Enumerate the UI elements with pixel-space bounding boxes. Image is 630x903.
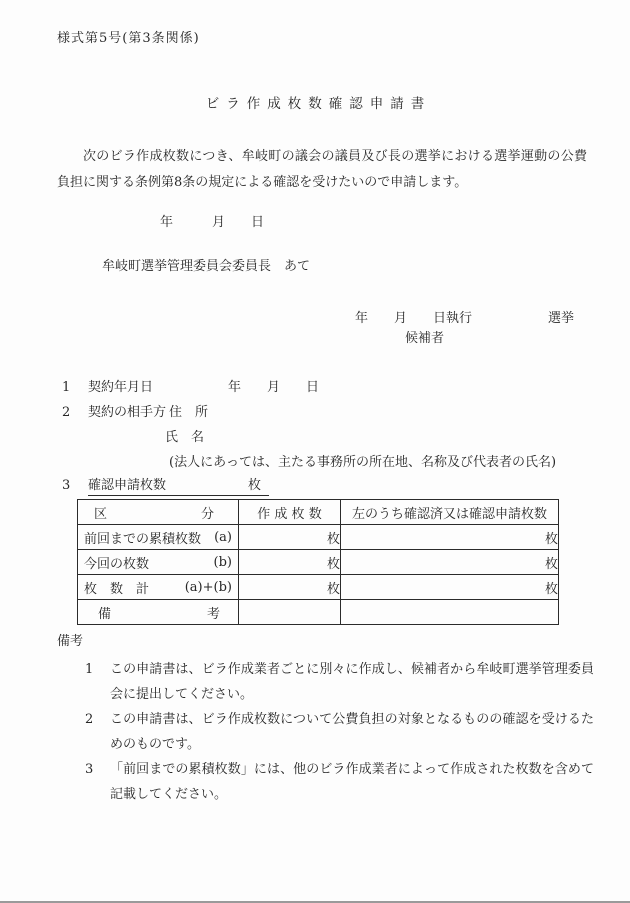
row-label: 今回の枚数 bbox=[84, 553, 149, 572]
item-number: 3 bbox=[62, 477, 88, 495]
note-text: 「前回までの累積枚数」には、他のビラ作成業者によって作成された枚数を含めて記載し… bbox=[110, 757, 594, 807]
note-number: 3 bbox=[85, 757, 110, 807]
row-code: (a) bbox=[214, 530, 232, 545]
row-code: (a)+(b) bbox=[185, 580, 232, 595]
row-label: 枚 数 計 bbox=[84, 578, 149, 597]
candidate-label: 候補者 bbox=[405, 329, 630, 349]
header-category-left: 区 bbox=[94, 503, 107, 522]
note-text: この申請書は、ビラ作成枚数について公費負担の対象となるものの確認を受けるためのも… bbox=[110, 707, 594, 757]
header-category-cell: 区 分 bbox=[78, 500, 239, 525]
row-label: 前回までの累積枚数 bbox=[84, 528, 201, 547]
form-number: 様式第5号(第3条関係) bbox=[57, 31, 630, 46]
header-category-right: 分 bbox=[201, 503, 214, 522]
page-title: ビラ作成枚数確認申請書 bbox=[57, 97, 630, 112]
contract-date-label: 契約年月日 bbox=[88, 380, 153, 395]
remarks-made-cell bbox=[239, 600, 341, 625]
row-code: (b) bbox=[214, 555, 232, 570]
row-label-cell: 枚 数 計 (a)+(b) bbox=[78, 575, 239, 600]
remarks-confirmed-cell bbox=[341, 600, 559, 625]
table-row-current: 今回の枚数 (b) 枚 枚 bbox=[78, 550, 559, 575]
confirmed-count-cell: 枚 bbox=[341, 575, 559, 600]
note-text: この申請書は、ビラ作成業者ごとに別々に作成し、候補者から牟岐町選挙管理委員会に提… bbox=[110, 657, 594, 707]
made-count-cell: 枚 bbox=[239, 525, 341, 550]
requested-count-unit: 枚 bbox=[248, 478, 261, 493]
table-header-row: 区 分 作 成 枚 数 左のうち確認済又は確認申請枚数 bbox=[78, 500, 559, 525]
contract-date-value: 年 月 日 bbox=[228, 380, 319, 395]
confirmed-count-cell: 枚 bbox=[341, 550, 559, 575]
item-contract-date: 1契約年月日年 月 日 bbox=[57, 379, 630, 397]
requested-count-field: 確認申請枚数枚 bbox=[88, 478, 269, 496]
row-label-cell: 今回の枚数 (b) bbox=[78, 550, 239, 575]
confirmed-count-cell: 枚 bbox=[341, 525, 559, 550]
party-name-label: 氏 名 bbox=[165, 429, 630, 447]
note-item-2: 2 この申請書は、ビラ作成枚数について公費負担の対象となるものの確認を受けるため… bbox=[57, 707, 630, 757]
note-item-1: 1 この申請書は、ビラ作成業者ごとに別々に作成し、候補者から牟岐町選挙管理委員会… bbox=[57, 657, 630, 707]
note-number: 1 bbox=[85, 657, 110, 707]
header-made-count-cell: 作 成 枚 数 bbox=[239, 500, 341, 525]
item-number: 2 bbox=[62, 404, 88, 422]
note-number: 2 bbox=[85, 707, 110, 757]
election-label: 選挙 bbox=[548, 309, 574, 329]
intro-paragraph: 次のビラ作成枚数につき、牟岐町の議会の議員及び長の選挙における選挙運動の公費負担… bbox=[57, 144, 630, 196]
election-name-blank bbox=[472, 309, 548, 329]
table-row-remarks: 備 考 bbox=[78, 600, 559, 625]
note-item-3: 3 「前回までの累積枚数」には、他のビラ作成業者によって作成された枚数を含めて記… bbox=[57, 757, 630, 807]
addressee-line: 牟岐町選挙管理委員会委員長 あて bbox=[102, 258, 630, 276]
election-info-block: 年 月 日執行 選挙 候補者 bbox=[57, 309, 630, 349]
remarks-label-right: 考 bbox=[207, 603, 220, 622]
application-date-line: 年 月 日 bbox=[160, 214, 630, 232]
item-contract-party: 2契約の相手方住 所 bbox=[57, 404, 630, 422]
document-page: 様式第5号(第3条関係) ビラ作成枚数確認申請書 次のビラ作成枚数につき、牟岐町… bbox=[0, 0, 630, 903]
count-table: 区 分 作 成 枚 数 左のうち確認済又は確認申請枚数 前回までの累積枚数 (a… bbox=[77, 499, 559, 625]
made-count-cell: 枚 bbox=[239, 550, 341, 575]
remarks-label-cell: 備 考 bbox=[78, 600, 239, 625]
item-requested-count: 3確認申請枚数枚 bbox=[57, 477, 630, 495]
election-exec-date-label: 年 月 日執行 bbox=[355, 309, 472, 329]
corporation-note: (法人にあっては、主たる事務所の所在地、名称及び代表者の氏名) bbox=[169, 454, 630, 472]
table-row-total: 枚 数 計 (a)+(b) 枚 枚 bbox=[78, 575, 559, 600]
remarks-label-left: 備 bbox=[98, 603, 111, 622]
election-date-line: 年 月 日執行 選挙 bbox=[355, 309, 630, 329]
requested-count-label: 確認申請枚数 bbox=[88, 478, 166, 493]
header-confirmed-count-cell: 左のうち確認済又は確認申請枚数 bbox=[341, 500, 559, 525]
item-number: 1 bbox=[62, 379, 88, 397]
table-row-cumulative: 前回までの累積枚数 (a) 枚 枚 bbox=[78, 525, 559, 550]
row-label-cell: 前回までの累積枚数 (a) bbox=[78, 525, 239, 550]
party-address-label: 住 所 bbox=[169, 405, 208, 420]
made-count-cell: 枚 bbox=[239, 575, 341, 600]
contract-party-label: 契約の相手方 bbox=[88, 405, 166, 420]
notes-heading: 備考 bbox=[57, 633, 630, 651]
notes-section: 1 この申請書は、ビラ作成業者ごとに別々に作成し、候補者から牟岐町選挙管理委員会… bbox=[57, 657, 630, 807]
